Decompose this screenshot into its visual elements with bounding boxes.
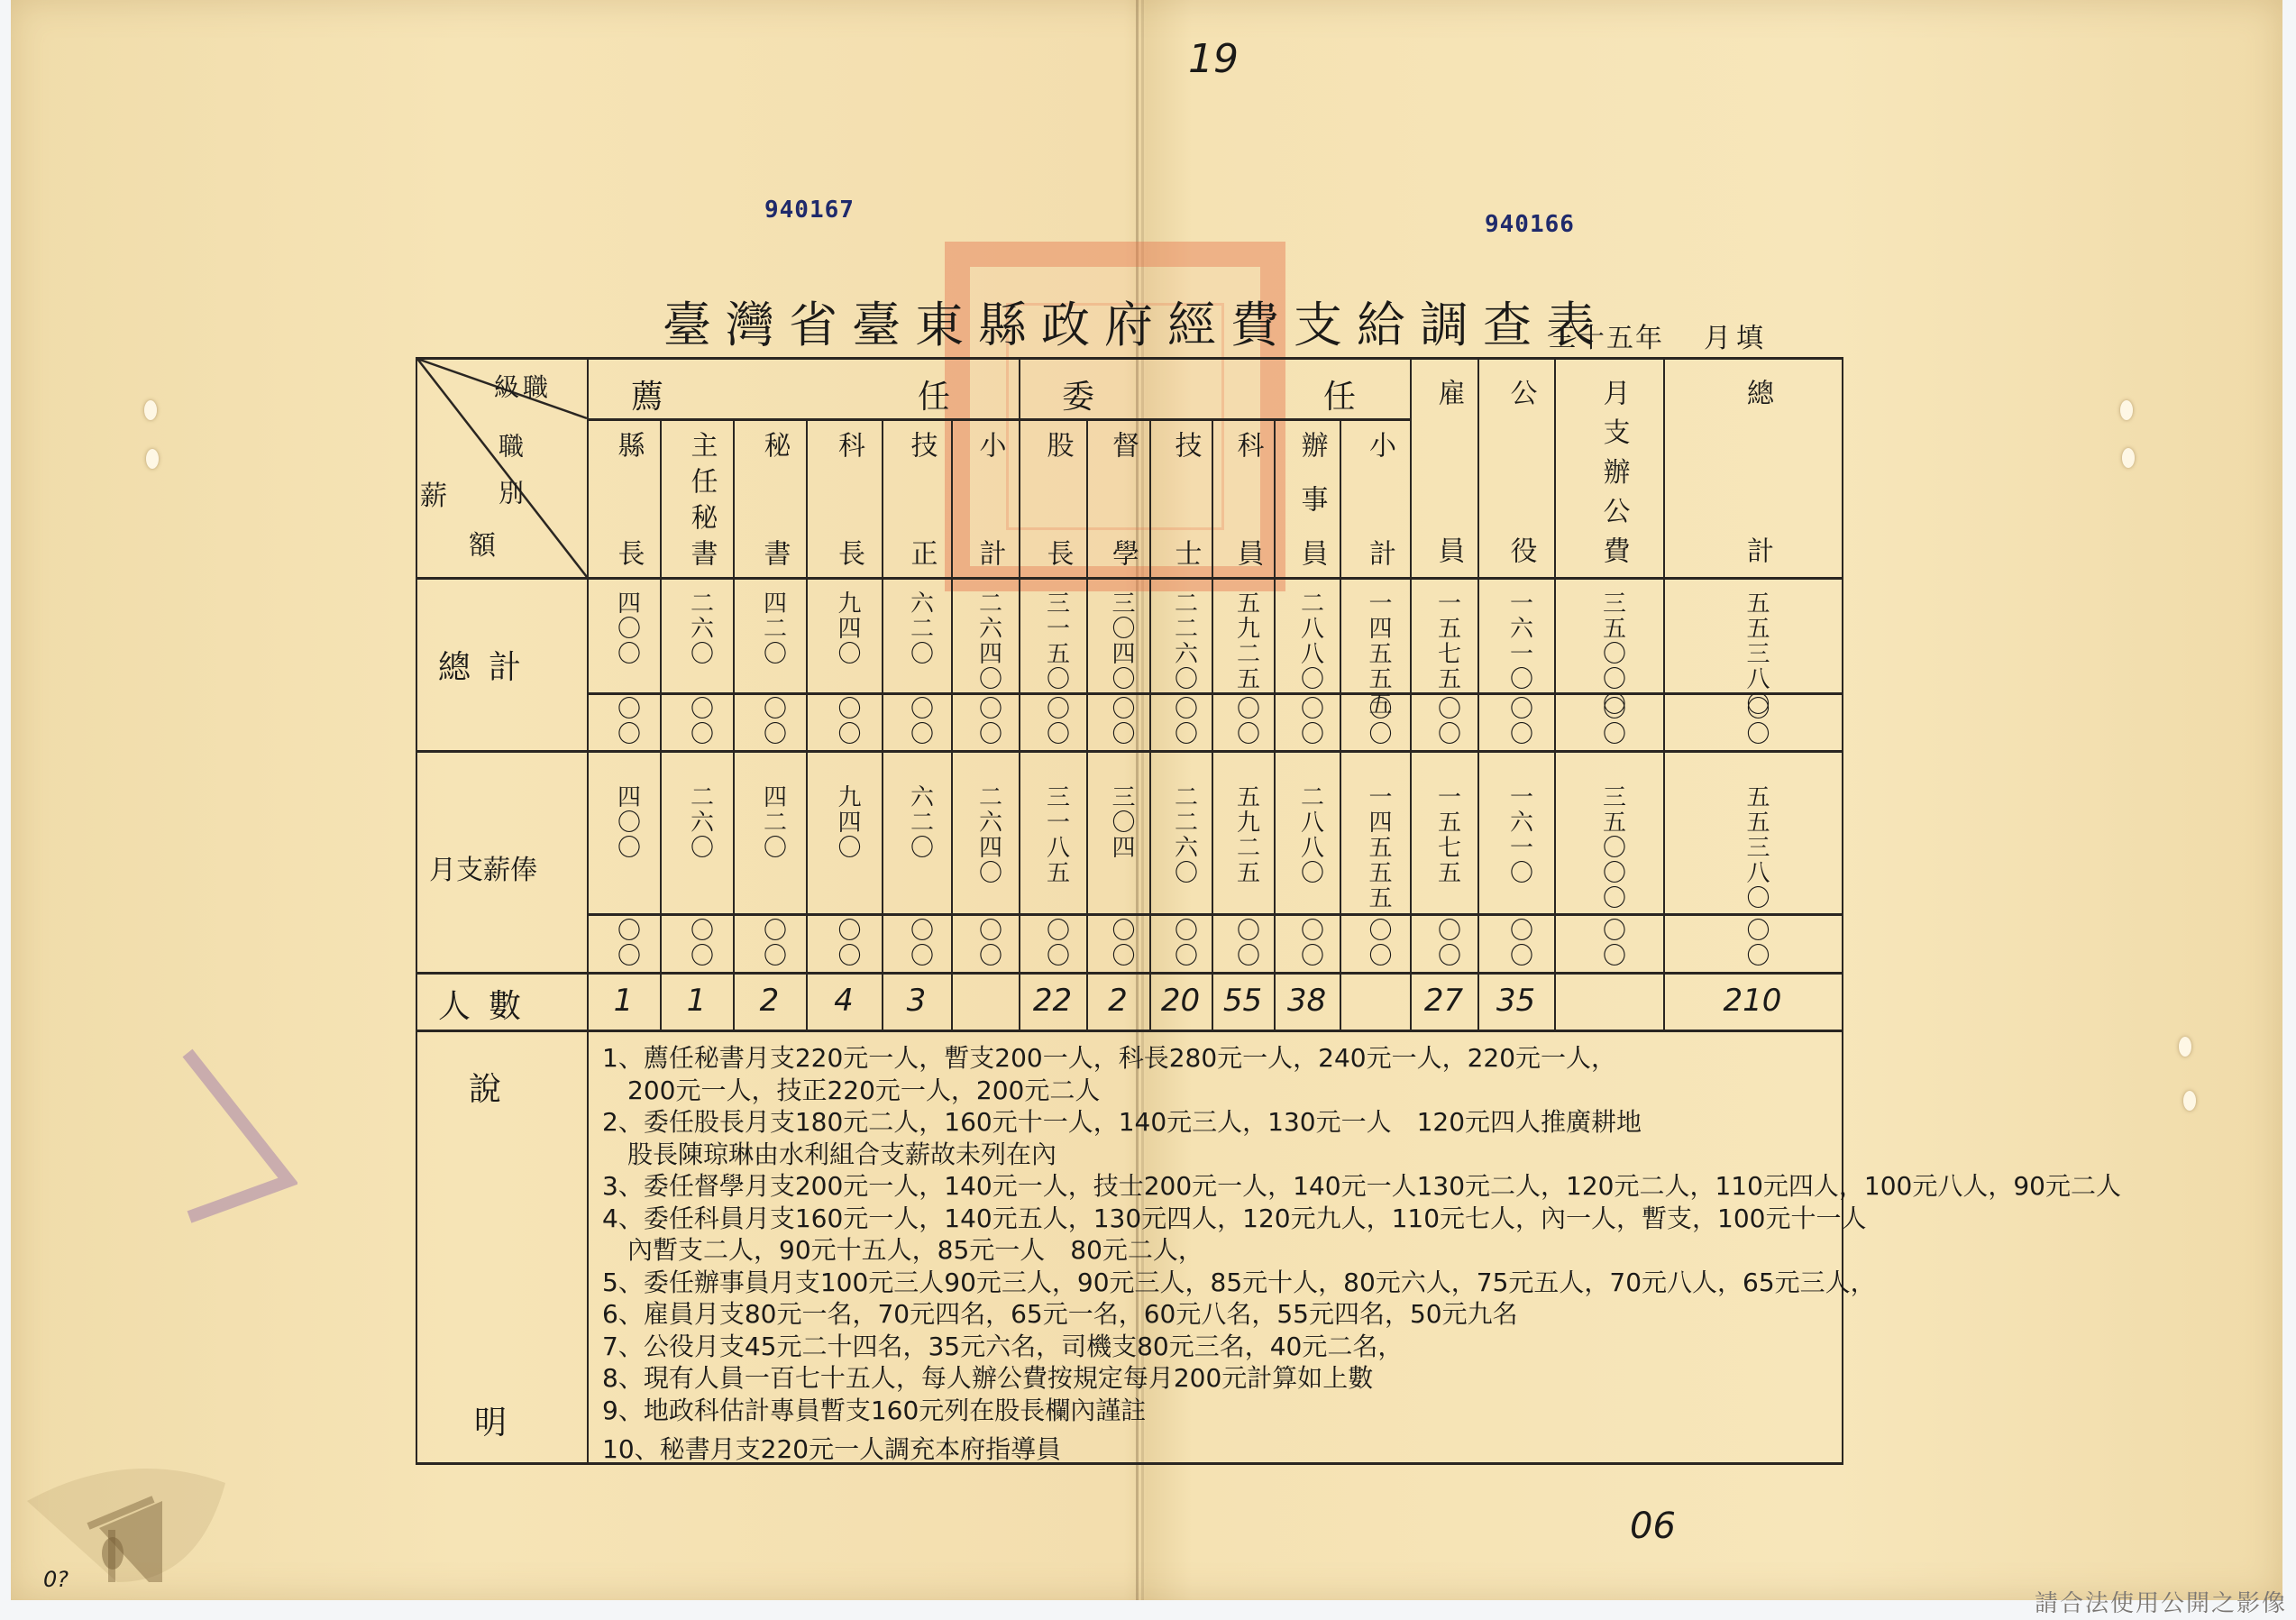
column-header-secretary: 秘書 xyxy=(755,431,794,566)
cell-value: 一四五五五 xyxy=(1362,784,1395,911)
cell-value-decimals: 〇〇 xyxy=(973,696,1006,746)
cell-value-decimals: 〇〇 xyxy=(684,918,718,968)
cell-value: 一六一〇 xyxy=(1504,590,1537,691)
violet-stamp-mark xyxy=(180,1046,297,1226)
group-label-weiren-2: 任 xyxy=(1323,371,1356,417)
cell-value-decimals: 〇〇 xyxy=(1596,918,1630,968)
column-border xyxy=(1410,357,1412,1030)
group-divider-vertical xyxy=(1019,357,1020,420)
row-label-headcount: 人數 xyxy=(438,981,539,1027)
cell-value: 三五〇〇〇 xyxy=(1596,784,1630,911)
cell-value-decimals: 〇〇 xyxy=(757,918,791,968)
column-header-subtotal_2: 小計 xyxy=(1359,431,1399,566)
cell-value: 一五七五 xyxy=(1432,590,1465,691)
cell-value-decimals: 〇〇 xyxy=(1432,918,1465,968)
headcount-cell: 4 xyxy=(806,983,882,1019)
column-header-employee: 雇員 xyxy=(1429,379,1468,563)
column-border xyxy=(1149,418,1151,1030)
column-header-officer: 辦事員 xyxy=(1292,431,1331,566)
cell-value: 二六四〇 xyxy=(973,784,1006,885)
column-border xyxy=(1274,418,1276,1030)
headcount-cell: 35 xyxy=(1477,983,1554,1019)
column-header-servant: 公役 xyxy=(1501,379,1541,563)
headcount-cell: 2 xyxy=(733,983,806,1019)
column-border xyxy=(1554,357,1556,1030)
cell-value-decimals: 〇〇 xyxy=(1040,696,1074,746)
cell-value: 四二〇 xyxy=(757,590,791,666)
cell-value: 五九二五 xyxy=(1230,590,1264,691)
bottom-mark-center: 06 xyxy=(1630,1506,1676,1547)
cell-value-decimals: 〇〇 xyxy=(1168,696,1202,746)
column-border xyxy=(882,418,883,1030)
archive-logo-icon xyxy=(18,1447,225,1582)
cell-value-decimals: 〇〇 xyxy=(611,696,645,746)
cell-value-decimals: 〇〇 xyxy=(973,918,1006,968)
column-header-office_expense: 月支辦公費 xyxy=(1594,379,1633,563)
column-border xyxy=(1212,418,1213,1030)
row-border xyxy=(416,972,1843,975)
group-label-weiren-1: 委 xyxy=(1062,371,1094,417)
group-label-jianren-1: 薦 xyxy=(631,371,663,417)
cell-value-decimals: 〇〇 xyxy=(904,918,938,968)
notes-label-bottom: 明 xyxy=(474,1397,507,1443)
header-bottom-border xyxy=(416,577,1843,580)
note-line: 10、秘書月支220元一人調充本府指導員 xyxy=(602,1430,1061,1466)
headcount-cell: 55 xyxy=(1212,983,1274,1019)
cell-value: 五五三八〇 xyxy=(1740,784,1773,911)
headcount-cell: 27 xyxy=(1410,983,1477,1019)
cell-value: 二二六〇 xyxy=(1168,590,1202,691)
column-border xyxy=(1477,357,1479,1030)
cell-value-decimals: 〇〇 xyxy=(1504,918,1537,968)
headcount-cell: 20 xyxy=(1149,983,1212,1019)
serial-number-right: 940166 xyxy=(1485,211,1575,238)
cell-value-decimals: 〇〇 xyxy=(1740,696,1773,746)
cell-value-decimals: 〇〇 xyxy=(1362,696,1395,746)
headcount-cell: 1 xyxy=(660,983,733,1019)
headcount-cell: 3 xyxy=(882,983,951,1019)
cell-value: 三〇四〇 xyxy=(1105,590,1139,691)
headcount-cell: 1 xyxy=(587,983,660,1019)
cell-value: 二二六〇 xyxy=(1168,784,1202,885)
cell-value: 一五七五 xyxy=(1432,784,1465,885)
note-line: 3、委任督學月支200元一人，140元一人，技士200元一人，140元一人130… xyxy=(602,1167,2121,1203)
cell-value: 二八八〇 xyxy=(1294,784,1328,885)
document-title: 臺灣省臺東縣政府經費支給調查表 xyxy=(663,287,1609,356)
row-subdivider xyxy=(587,692,1843,695)
cell-value-decimals: 〇〇 xyxy=(1294,696,1328,746)
cell-value-decimals: 〇〇 xyxy=(831,918,864,968)
cell-value-decimals: 〇〇 xyxy=(611,918,645,968)
punch-hole xyxy=(144,400,157,420)
cell-value-decimals: 〇〇 xyxy=(1105,918,1139,968)
table-top-border xyxy=(416,357,1843,360)
column-header-division_head: 股長 xyxy=(1038,431,1077,566)
row-label-monthly-salary: 月支薪俸 xyxy=(429,847,537,887)
column-header-section_chief: 科長 xyxy=(828,431,868,566)
row-border xyxy=(416,750,1843,753)
cell-value-decimals: 〇〇 xyxy=(1504,696,1537,746)
column-border xyxy=(1663,357,1665,1030)
corner-label-salary: 薪 xyxy=(420,473,447,513)
row-border xyxy=(416,1030,1843,1032)
column-border xyxy=(951,418,953,1030)
cell-value: 三一八五 xyxy=(1040,784,1074,885)
column-header-technician: 技士 xyxy=(1166,431,1205,566)
cell-value-decimals: 〇〇 xyxy=(1105,696,1139,746)
cell-value-decimals: 〇〇 xyxy=(1168,918,1202,968)
cell-value-decimals: 〇〇 xyxy=(1740,918,1773,968)
cell-value: 六二〇 xyxy=(904,784,938,860)
cell-value-decimals: 〇〇 xyxy=(1040,918,1074,968)
cell-value: 三〇四 xyxy=(1105,784,1139,860)
column-header-subtotal_1: 小計 xyxy=(970,431,1010,566)
group-label-jianren-2: 任 xyxy=(918,371,950,417)
serial-number-left: 940167 xyxy=(764,197,855,224)
column-header-county_head: 縣長 xyxy=(608,431,648,566)
headcount-cell: 210 xyxy=(1663,983,1842,1019)
date-year: 三十五年 xyxy=(1549,316,1664,355)
cell-value: 四二〇 xyxy=(757,784,791,860)
note-line: 9、地政科估計專員暫支160元列在股長欄內謹註 xyxy=(602,1391,1146,1427)
column-border xyxy=(1340,418,1341,1030)
row-subdivider xyxy=(587,913,1843,916)
usage-watermark: 請合法使用公開之影像 xyxy=(2035,1585,2287,1618)
cell-value-decimals: 〇〇 xyxy=(1432,696,1465,746)
column-border xyxy=(660,418,662,1030)
column-header-school_inspector: 督學 xyxy=(1102,431,1142,566)
cell-value-decimals: 〇〇 xyxy=(1596,696,1630,746)
cell-value: 九四〇 xyxy=(831,784,864,860)
corner-label-grade: 級職 xyxy=(494,368,552,404)
corner-label-position: 職別 xyxy=(491,433,527,526)
cell-value-decimals: 〇〇 xyxy=(904,696,938,746)
date-month: 月填 xyxy=(1704,316,1769,355)
cell-value: 二六〇 xyxy=(684,590,718,666)
note-line: 4、委任科員月支160元一人，140元五人，130元四人，120元九人，110元… xyxy=(602,1199,1866,1235)
column-header-chief_secretary: 主任秘書 xyxy=(681,431,721,566)
cell-value-decimals: 〇〇 xyxy=(1294,918,1328,968)
note-line: 6、雇員月支80元一名，70元四名，65元一名，60元八名，55元四名，50元九… xyxy=(602,1295,1518,1331)
group-divider xyxy=(587,418,1410,421)
headcount-cell: 22 xyxy=(1019,983,1086,1019)
punch-hole xyxy=(2122,448,2135,468)
note-line: 7、公役月支45元二十四名，35元六名，司機支80元三名，40元二名， xyxy=(602,1327,1403,1363)
note-line: 1、薦任秘書月支220元一人，暫支200一人，科長280元一人，240元一人，2… xyxy=(602,1039,1616,1075)
column-border xyxy=(1086,418,1088,1030)
cell-value: 三一五〇 xyxy=(1040,590,1074,691)
column-header-clerk: 科員 xyxy=(1228,431,1267,566)
note-line: 5、委任辦事員月支100元三人90元三人，90元三人，85元十人，80元六人，7… xyxy=(602,1263,1876,1299)
punch-hole xyxy=(2183,1091,2196,1111)
punch-hole xyxy=(2120,400,2133,420)
punch-hole xyxy=(2179,1037,2191,1057)
note-line: 8、現有人員一百七十五人，每人辦公費按規定每月200元計算如上數 xyxy=(602,1359,1373,1395)
cell-value: 二六四〇 xyxy=(973,590,1006,691)
note-line: 股長陳琼琳由水利組合支薪故未列在內 xyxy=(602,1135,1057,1171)
note-line: 內暫支二人，90元十五人，85元一人 80元二人， xyxy=(602,1231,1203,1267)
corner-label-amount: 額 xyxy=(469,523,496,563)
cell-value-decimals: 〇〇 xyxy=(1230,918,1264,968)
punch-hole xyxy=(146,449,159,469)
cell-value: 五九二五 xyxy=(1230,784,1264,885)
row-label-total: 總計 xyxy=(438,642,539,688)
column-border xyxy=(1019,418,1020,1030)
cell-value: 六二〇 xyxy=(904,590,938,666)
note-line: 200元一人，技正220元一人，200元二人 xyxy=(602,1071,1100,1107)
headcount-cell: 38 xyxy=(1274,983,1340,1019)
note-line: 2、委任股長月支180元二人，160元十一人，140元三人，130元一人 120… xyxy=(602,1103,1642,1139)
column-border xyxy=(806,418,808,1030)
cell-value: 四〇〇 xyxy=(611,590,645,666)
column-border xyxy=(733,418,735,1030)
cell-value-decimals: 〇〇 xyxy=(684,696,718,746)
cell-value: 九四〇 xyxy=(831,590,864,666)
column-header-grand_total: 總計 xyxy=(1737,379,1777,563)
cell-value: 四〇〇 xyxy=(611,784,645,860)
cell-value-decimals: 〇〇 xyxy=(1362,918,1395,968)
cell-value: 二六〇 xyxy=(684,784,718,860)
headcount-cell: 2 xyxy=(1086,983,1149,1019)
cell-value: 一六一〇 xyxy=(1504,784,1537,885)
cell-value-decimals: 〇〇 xyxy=(757,696,791,746)
cell-value-decimals: 〇〇 xyxy=(1230,696,1264,746)
cell-value: 二八八〇 xyxy=(1294,590,1328,691)
notes-label-top: 說 xyxy=(469,1064,501,1110)
column-header-chief_technician: 技正 xyxy=(901,431,941,566)
cell-value-decimals: 〇〇 xyxy=(831,696,864,746)
page-mark: 19 xyxy=(1188,36,1239,82)
